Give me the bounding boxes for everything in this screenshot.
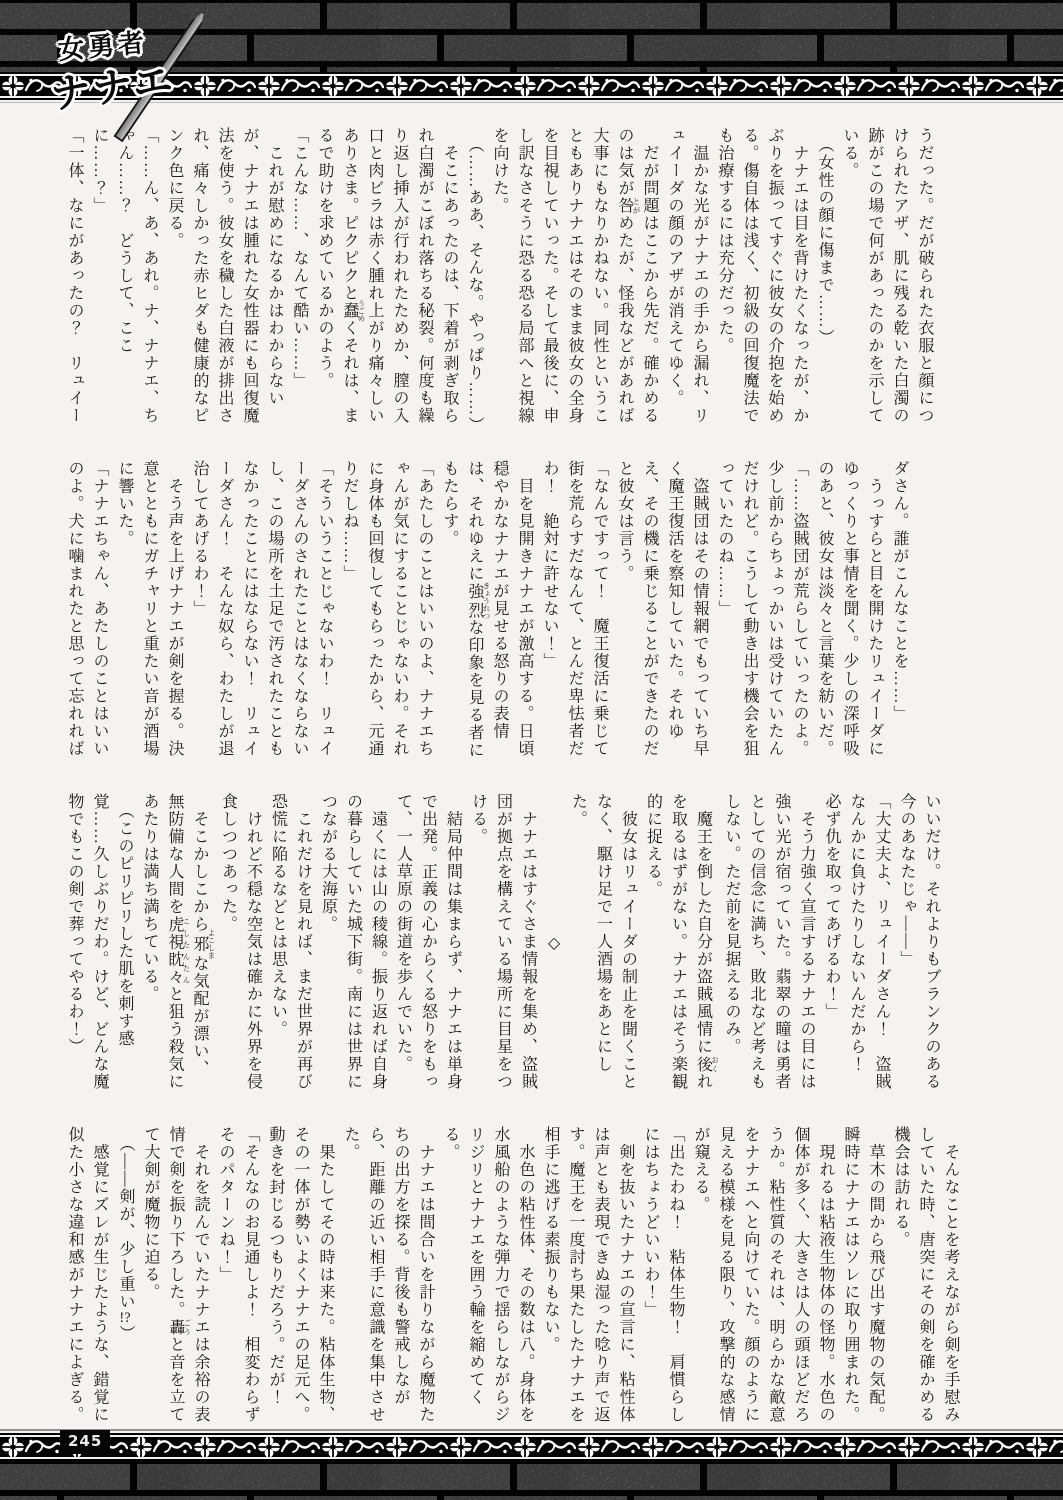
text-band-4: そんなことを考えながら剣を手慰みしていた時、唐突にその剣を確かめる機会は訪れる。… <box>62 1126 963 1426</box>
brick-texture-bottom <box>0 1461 1063 1500</box>
paragraph: 水色の粘性体、その数は八。身体を水風船のような弾力で揺らしながらジリジリとナナエ… <box>438 1126 538 1426</box>
paragraph: 「……ん、あ、あれ。ナ、ナナエ、ちゃん……？ どうして、ここに……？」 <box>87 127 162 427</box>
paragraph: 「大丈夫よ、リュイーダさん！ 盗賊なんかに負けたりしないんだから！ 必ず仇を取っ… <box>819 793 894 1093</box>
paragraph: 遠くには山の稜線。振り返れば自身の暮らしていた城下街。南には世界につながる大海原… <box>316 793 391 1093</box>
paragraph: そこかしこから邪よこしまな気配が漂い、無防備な人間を虎視眈々こしたんたんと狙う殺… <box>137 793 216 1093</box>
paragraph: 「……盗賊団が荒らしていったのよ。少し前からちょっかいは受けていたんだけれど。こ… <box>712 460 812 760</box>
paragraph: ナナエは目を背けたくなったが、かぶりを振ってすぐに彼女の介抱を始める。傷自体は浅… <box>712 127 812 427</box>
paragraph: 草木の間から飛び出す魔物の気配。瞬時にナナエはソレに取り囲まれた。 <box>838 1126 888 1426</box>
paragraph: 剣を抜いたナナエの宣言に、粘性体は声とも表現できぬ湿った唸り声で返す。魔王を一度… <box>538 1126 638 1426</box>
paragraph: そう声を上げナナエが剣を握る。決意とともにガチャリと重たい音が酒場に響いた。 <box>112 460 187 760</box>
paragraph: 「あたしのことはいいのよ、ナナエちゃんが気にすることじゃないわ。それに身体も回復… <box>337 460 437 760</box>
paragraph: 「ナナエちゃん、あたしのことはいいのよ。犬に噛まれたと思って忘れれば <box>62 460 112 760</box>
paragraph: ナナエは間合いを計りながら魔物たちの出方を探る。背後も警戒しながら、距離の近い相… <box>338 1126 438 1426</box>
paragraph: 魔王を倒した自分が盗賊風情に後おくれを取るはずがない。ナナエはそう楽観的に捉える… <box>641 793 720 1093</box>
paragraph: だが問題はここから先だ。確かめるのは気が咎とがめたが、怪我などがあれば大事にもな… <box>487 127 662 427</box>
paragraph: 「そんなのお見通しよ！ 相変わらずそのパターンね！」 <box>213 1126 263 1426</box>
paragraph: 「なんですって！ 魔王復活に乗じて街を荒らすだなんて、とんだ卑怯者だわ！ 絶対に… <box>537 460 612 760</box>
page-content: うだった。だが破られた衣服と顔につけられたアザ、肌に残る乾いた白濁の跡がこの場で… <box>62 127 934 1459</box>
paragraph: 現れるは粘液生物体の怪物。水色の個体が多く、大きさは人の頭ほどだろうか。粘性質の… <box>688 1126 838 1426</box>
paragraph: 彼女はリュイーダの制止を聞くことなく、駆け足で一人酒場をあとにした。 <box>566 793 641 1093</box>
paragraph: けれど不穏な空気は確かに外界を侵食しつつあった。 <box>216 793 266 1093</box>
paragraph: いいだけ。それよりもブランクのある今のあなたじゃ――」 <box>894 793 944 1093</box>
paragraph: （――剣が、少し重い!?） <box>112 1126 138 1426</box>
paragraph: （女性の顔に傷まで……） <box>812 127 837 427</box>
paragraph: 「こんな……、なんて酷い……」 <box>287 127 312 427</box>
text-band-3: いいだけ。それよりもブランクのある今のあなたじゃ――」「大丈夫よ、リュイーダさん… <box>62 793 944 1093</box>
paragraph: 温かな光がナナエの手から漏れ、リュイーダの顔のアザが消えてゆく。 <box>662 127 712 427</box>
paragraph: ダさん。誰がこんなことを……」 <box>887 460 912 760</box>
paragraph: 目を見開きナナエが激高する。日頃穏やかなナナエが見せる怒りの表情は、それゆえに強… <box>437 460 537 760</box>
paragraph: 「そういうことじゃないわ！ リュイーダさんのされたことはなくならないし、この場所… <box>187 460 337 760</box>
paragraph: 「出たわね！ 粘体生物！ 肩慣らしにはちょうどいいわ！」 <box>638 1126 688 1426</box>
ornament-row <box>0 1437 1063 1457</box>
divider-line <box>0 1429 1063 1431</box>
paragraph: これだけを見れば、まだ世界が再び恐慌に陥るなどとは思えない。 <box>266 793 316 1093</box>
paragraph: そこにあったのは、下着が剥ぎ取られ白濁がこぼれ落ちる秘裂。何度も繰り返し挿入が行… <box>312 127 462 427</box>
paragraph: うだった。だが破られた衣服と顔につけられたアザ、肌に残る乾いた白濁の跡がこの場で… <box>837 127 937 427</box>
paragraph: （このピリピリした肌を刺す感覚……久しぶりだわ。けど、どんな魔物でもこの剣で葬っ… <box>62 793 137 1093</box>
paragraph: （……ああ、そんな。やっぱり……） <box>462 127 487 427</box>
paragraph: 盗賊団はその情報網でもっていち早く魔王復活を察知していた。それゆえ、その機に乗じ… <box>612 460 712 760</box>
paragraph: ナナエはすぐさま情報を集め、盗賊団が拠点を構えている場所に目星をつける。 <box>466 793 541 1093</box>
text-band-1: うだった。だが破られた衣服と顔につけられたアザ、肌に残る乾いた白濁の跡がこの場で… <box>62 127 937 427</box>
page-number: 245 <box>60 1430 110 1454</box>
series-logo: 女勇者 ナナエ <box>50 14 250 124</box>
paragraph: それを読んでいたナナエは余裕の表情で剣を振り下ろした。轟ごうと音を立てて大剣が魔… <box>138 1126 213 1426</box>
novel-page: 女勇者 ナナエ うだった。だが破られた衣服と顔につけられたアザ、肌に残る乾いた白… <box>0 0 1063 1500</box>
paragraph: 果たしてその時は来た。粘体生物、その一体が勢いよくナナエの足元へ。動きを封じるつ… <box>263 1126 338 1426</box>
text-band-2: ダさん。誰がこんなことを……」 うっすらと目を開けたリュイーダにゆっくりと事情を… <box>62 460 912 760</box>
page-footer: 245 <box>0 1429 1063 1500</box>
paragraph: うっすらと目を開けたリュイーダにゆっくりと事情を聞く。少しの深呼吸のあと、彼女は… <box>812 460 887 760</box>
paragraph: そんなことを考えながら剣を手慰みしていた時、唐突にその剣を確かめる機会は訪れる。 <box>888 1126 963 1426</box>
ornament-border-bottom <box>0 1433 1063 1461</box>
section-divider: ◇ <box>541 793 566 1093</box>
paragraph: 結局仲間は集まらず、ナナエは単身で出発。正義の心からくる怒りをもって、一人草原の… <box>391 793 466 1093</box>
paragraph: 感覚にズレが生じたような、錯覚に似た小さな違和感がナナエによぎる。 <box>62 1126 112 1426</box>
paragraph: 「一体、なにがあったの？ リュイー <box>62 127 87 427</box>
paragraph: これが慰めになるかはわからないが、ナナエは腫れた女性器にも回復魔法を使う。彼女を… <box>162 127 287 427</box>
paragraph: そう力強く宣言するナナエの目には強い光が宿っていた。翡翠の瞳は勇者としての信念に… <box>719 793 819 1093</box>
